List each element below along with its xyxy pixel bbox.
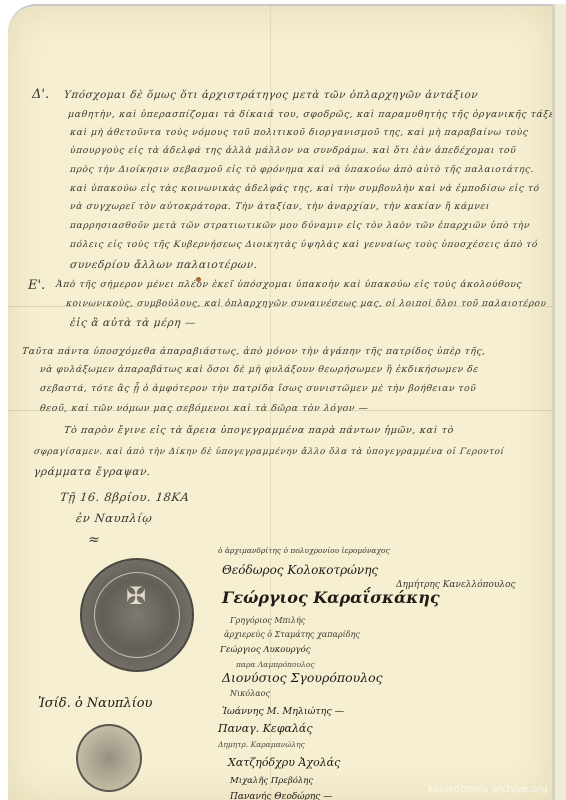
signature: Χατζηόδχρυ Ἀχολάς: [228, 756, 340, 769]
section-e-line: ἐἰς ἃ αὐτὰ τὰ μέρη —: [69, 317, 196, 329]
closing-line: Τὸ παρὸν ἔγινε εἰς τὰ ἄρεια ὑπογεγραμμέν…: [63, 425, 454, 436]
document-place: ἐν Ναυπλίῳ: [75, 511, 153, 525]
section-d-line: νὰ συγχωρεῖ τὸν αὐτοκράτορα. Τὴν ἀταξίαν…: [69, 202, 490, 212]
closing-line: θεοῦ, καὶ τῶν νόμων μας σεβόμενοι καὶ τὰ…: [39, 403, 369, 414]
signature: ἀρχιερεύς ὁ Σταμάτης χαπαρίδης: [224, 630, 360, 639]
small-wax-seal: [76, 724, 142, 792]
signature: Γρηγόριος Μπιλής: [230, 616, 305, 625]
signature: Θεόδωρος Κολοκοτρώνης: [222, 563, 378, 577]
section-d-line: ὑπουργοὺς εἰς τὰ ἀδελφά της ἀλλὰ μάλλον …: [69, 146, 516, 156]
section-d-line: πρὸς τὴν Διοίκησιν σεβασμοῦ εἰς τὸ φρόνη…: [69, 165, 534, 175]
signature: Παναγ. Κεφαλάς: [218, 722, 313, 735]
signature: Γεώργιος Καραΐσκάκης: [222, 588, 440, 607]
document-date: Τῇ 16. 8βρίου. 18ΚΑ: [59, 490, 190, 504]
closing-line: γράμματα ἔγραψαν.: [33, 466, 151, 478]
signature: Νικόλαος: [230, 689, 270, 698]
section-e-line: κοινωνικοὺς, συμβούλους, καὶ ὁπλαρχηγῶν …: [65, 299, 546, 309]
closing-line: Ταῦτα πάντα ὑποσχόμεθα ἀπαραβιάστως, ἀπὸ…: [21, 346, 486, 357]
page-margin: [555, 4, 566, 800]
flourish: ≈: [87, 532, 101, 548]
closing-line: σεβαστά, τότε ἂς ᾖ ὁ ἀμφότερον τὴν πατρί…: [39, 384, 476, 394]
large-wax-seal: ✠: [80, 558, 194, 672]
signature: Δημητρ. Καραμανώλης: [218, 740, 305, 749]
section-d-line: συνεδρίου ἄλλων παλαιοτέρων.: [69, 259, 258, 271]
signature: ὁ ἀρχιμανδρίτης ὁ πολυχρονίου ἱερομόναχο…: [218, 546, 390, 555]
closing-line: νὰ φυλάξωμεν ἀπαραβάτως καὶ ὅσοι δὲ μὴ φ…: [39, 365, 479, 375]
section-d-marker: Δ'.: [32, 87, 49, 102]
signature: Μιχαλῆς Πρεβόλης: [230, 776, 313, 786]
signature: Ἰωάννης Μ. Μηλιώτης —: [222, 706, 344, 717]
section-e-marker: Ε'.: [28, 278, 45, 293]
signature: Γεώργιος Λυκουργός: [220, 645, 311, 655]
document-page: Δ'. Υπόσχομαι δὲ ὅμως ὅτι ἀρχιστράτηγος …: [8, 4, 552, 800]
side-note-signature: Δημήτρης Κανελλόπουλος: [396, 580, 516, 590]
signature: Διονύσιος Σγουρόπουλος: [222, 670, 383, 685]
section-e-line: Ἀπὸ τῆς σήμερον μένει πλέον ἐκεῖ ὑπόσχομ…: [55, 280, 522, 290]
section-d-line: μαθητὴν, καὶ ὑπερασπίζομαι τὰ δίκαιά του…: [67, 109, 566, 120]
cross-icon: ✠: [126, 582, 146, 610]
left-signature: Ἰσίδ. ὁ Ναυπλίου: [38, 696, 152, 711]
section-d-line: πόλεις εἰς τοὺς τῆς Κυβερνήσεως Διοικητὰ…: [69, 240, 538, 250]
section-d-line: καὶ μὴ ἀθετοῦντα τοὺς νόμους τοῦ πολιτικ…: [69, 128, 529, 138]
signature: Πανανής Θεοδώρης —: [230, 792, 332, 800]
fold-line: [270, 4, 271, 800]
section-d-line: Υπόσχομαι δὲ ὅμως ὅτι ἀρχιστράτηγος μετὰ…: [63, 89, 478, 101]
section-d-line: καὶ ὑπακούω εἰς τὰς κοινωνικὰς ἀδελφάς τ…: [69, 184, 540, 194]
archive-watermark: kolokotronis archive.org: [428, 784, 548, 795]
signature: παρα Λαμπρόπουλος: [236, 660, 315, 669]
section-d-line: παρρησιασθοῦν μετὰ τῶν στρατιωτικῶν μου …: [69, 221, 530, 231]
